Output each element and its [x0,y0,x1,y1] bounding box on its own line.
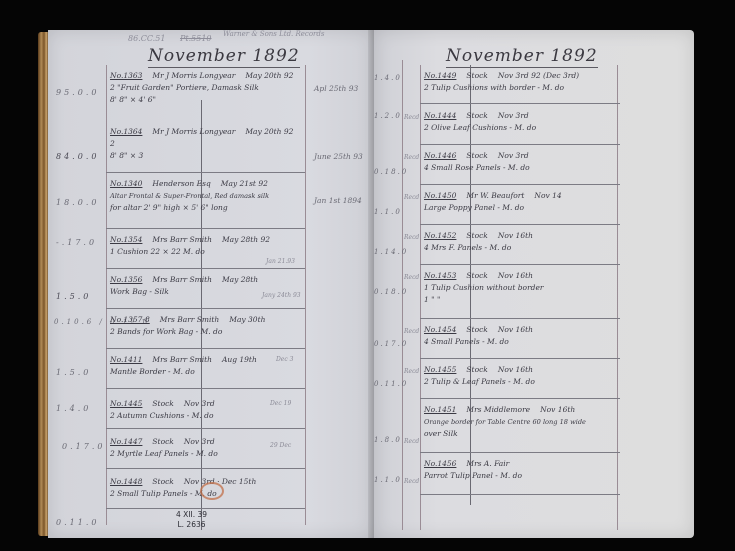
entry-line: Parrot Tulip Panel - M. do [424,471,522,480]
row-divider [420,494,620,495]
entry-line: 2 Olive Leaf Cushions - M. do [424,123,536,132]
row-divider [106,388,305,389]
entry-line: 2 Autumn Cushions - M. do [110,411,213,420]
entry-amount: 1.5.0 [56,292,91,301]
row-divider [106,172,305,173]
catalog-mark-company: Warner & Sons Ltd. Records [223,30,324,38]
entry-client: Mrs Barr Smith [152,355,212,364]
ledger-entry: No.1448StockNov 3rd · Dec 15th 2 Small T… [110,476,256,500]
row-divider [420,358,620,359]
entry-amount: 1.4.0 [56,404,91,413]
entry-ref: No.1445 [110,399,142,408]
ledger-entry: No.1449StockNov 3rd 92 (Dec 3rd) 2 Tulip… [424,70,579,94]
entry-amount: 0.18.0 [374,288,408,296]
entry-line: 4 Small Rose Panels - M. do [424,163,530,172]
entry-ref: No.1451 [424,405,456,414]
entry-line: 1 Tulip Cushion without border [424,283,543,292]
catalog-mark: 86.CC.51 [128,34,165,43]
entry-client: Mrs Barr Smith [160,315,220,324]
entry-amount: -.17.0 [56,238,97,247]
entry-line: 1 " " [424,295,440,304]
entry-ordered: May 30th [229,315,265,324]
entry-amount: 0.17.0 [62,442,105,451]
entry-client: Stock [466,151,487,160]
entry-client: Stock [466,111,487,120]
entry-ordered: May 28th 92 [222,235,270,244]
entry-ordered: Nov 16th [498,365,533,374]
ledger-entry: No.1454StockNov 16th 4 Small Panels - M.… [424,324,533,348]
entry-ref: No.1444 [424,111,456,120]
entry-ordered: May 28th [222,275,258,284]
delivered-date: June 25th 93 [314,152,363,161]
entry-line: for altar 2' 9" high × 5' 6" long [110,203,228,212]
entry-client: Mr W. Beaufort [466,191,524,200]
column-rule [106,65,107,525]
entry-ordered: Nov 16th [498,271,533,280]
ledger-entry: No.1357-8Mrs Barr SmithMay 30th 2 Bands … [110,314,265,338]
ledger-entry: No.1364Mr J Morris LongyearMay 20th 92 2… [110,126,293,162]
entry-ref: No.1446 [424,151,456,160]
row-divider [106,268,305,269]
ledger-entry: No.1450Mr W. BeaufortNov 14 Large Poppy … [424,190,562,214]
entry-client: Mr J Morris Longyear [152,71,235,80]
entry-client: Stock [466,325,487,334]
entry-client: Mrs Barr Smith [152,275,212,284]
ledger-entry: No.1446StockNov 3rd 4 Small Rose Panels … [424,150,530,174]
page-title: November 1892 [446,46,598,68]
right-page: November 1892 1.4.0 No.1449StockNov 3rd … [374,30,694,538]
ledger-entry: No.1447StockNov 3rd 2 Myrtle Leaf Panels… [110,436,218,460]
entry-line: Large Poppy Panel - M. do [424,203,524,212]
ledger-entry: No.1451Mrs MiddlemoreNov 16th Orange bor… [424,404,586,440]
entry-line: 4 Small Panels - M. do [424,337,509,346]
entry-client: Stock [152,477,173,486]
library-stamp [200,482,224,500]
accession-code: L. 2636 [177,520,205,529]
entry-client: Mrs Barr Smith [152,235,212,244]
row-divider [420,398,620,399]
entry-ordered: Nov 3rd [498,111,529,120]
entry-ref: No.1450 [424,191,456,200]
row-divider [106,468,305,469]
entry-client: Stock [466,71,487,80]
received-marker: Recd [404,478,419,485]
ledger-entry: No.1452StockNov 16th 4 Mrs F. Panels - M… [424,230,533,254]
entry-ref: No.1454 [424,325,456,334]
received-marker: Recd [404,114,419,121]
row-divider [106,228,305,229]
entry-ref: No.1453 [424,271,456,280]
entry-note: Jan 21.93 [266,258,295,265]
entry-line: 2 "Fruit Garden" Portiere, Damask Silk [110,83,259,92]
entry-ordered: Aug 19th [222,355,257,364]
column-rule [305,65,306,525]
entry-client: Mr J Morris Longyear [152,127,235,136]
received-marker: Recd [404,194,419,201]
entry-amount: 84.0.0 [56,152,99,161]
entry-line: Altar Frontal & Super-Frontal, Red damas… [110,192,269,200]
entry-amount: 18.0.0 [56,198,99,207]
received-marker: Recd [404,368,419,375]
entry-amount: 1.2.0 [374,112,402,120]
entry-line: 2 Myrtle Leaf Panels - M. do [110,449,218,458]
entry-ordered: Nov 16th [498,231,533,240]
entry-amount: 1.8.0 [374,436,402,444]
column-rule [617,65,618,530]
entry-line: Mantle Border - M. do [110,367,195,376]
row-divider [420,452,620,453]
entry-amount: 0.11.0 [374,380,408,388]
received-marker: Recd [404,154,419,161]
accession-date: 4 XII. 39 [176,510,207,519]
entry-ref: No.1455 [424,365,456,374]
entry-client: Stock [466,271,487,280]
entry-line: 8' 8" × 3 [110,151,143,160]
entry-ref: No.1411 [110,355,142,364]
ledger-entry: No.1363Mr J Morris LongyearMay 20th 92 2… [110,70,293,106]
entry-ordered: Nov 16th [540,405,575,414]
page-title: November 1892 [148,46,300,68]
entry-client: Mrs A. Fair [466,459,509,468]
catalog-mark-struck: Pt.5510 [180,34,212,43]
entry-ref: No.1447 [110,437,142,446]
row-divider [420,264,620,265]
ledger-entry: No.1453StockNov 16th 1 Tulip Cushion wit… [424,270,543,306]
entry-ref: No.1364 [110,127,142,136]
entry-ordered: May 21st 92 [221,179,268,188]
entry-ref: No.1354 [110,235,142,244]
entry-line: 8' 8" × 4' 6" [110,95,156,104]
ledger-book: 86.CC.51 Pt.5510 Warner & Sons Ltd. Reco… [38,30,710,538]
ledger-entry: No.1455StockNov 16th 2 Tulip & Leaf Pane… [424,364,535,388]
entry-ref: No.1363 [110,71,142,80]
received-marker: Recd [404,438,419,445]
entry-amount: 0.18.0 [374,168,408,176]
entry-client: Mrs Middlemore [466,405,530,414]
entry-amount: 1.4.0 [374,74,402,82]
entry-ordered: Nov 16th [498,325,533,334]
entry-ordered: Nov 3rd [184,399,215,408]
entry-line: 2 Bands for Work Bag - M. do [110,327,222,336]
entry-line: 1 Cushion 22 × 22 M. do [110,247,205,256]
row-divider [420,224,620,225]
entry-line: over Silk [424,429,458,438]
entry-amount: 95.0.0 [56,88,99,97]
entry-ref: No.1340 [110,179,142,188]
ledger-entry: No.1444StockNov 3rd 2 Olive Leaf Cushion… [424,110,536,134]
entry-ordered: May 20th 92 [245,71,293,80]
entry-ordered: Nov 3rd [498,151,529,160]
ledger-entry: No.1356Mrs Barr SmithMay 28th Work Bag -… [110,274,258,298]
left-page: 86.CC.51 Pt.5510 Warner & Sons Ltd. Reco… [48,30,374,538]
entry-ordered: May 20th 92 [245,127,293,136]
column-rule [420,65,421,530]
entry-ref: No.1357-8 [110,315,150,324]
ledger-entry: No.1411Mrs Barr SmithAug 19th Mantle Bor… [110,354,257,378]
row-divider [106,428,305,429]
entry-ordered: Nov 14 [534,191,561,200]
entry-line: Work Bag - Silk [110,287,169,296]
entry-amount: 1.5.0 [56,368,91,377]
entry-ordered: Nov 3rd [184,437,215,446]
row-divider [420,103,620,104]
entry-line: 2 Tulip Cushions with border - M. do [424,83,564,92]
row-divider [420,318,620,319]
entry-ref: No.1448 [110,477,142,486]
entry-client: Stock [152,437,173,446]
row-divider [420,144,620,145]
entry-ref: No.1452 [424,231,456,240]
entry-note: Dec 19 [270,400,291,407]
entry-amount: 0.11.0 [56,518,99,527]
entry-amount: 0.17.0 [374,340,408,348]
entry-note: 29 Dec [270,442,291,449]
ledger-entry: No.1445StockNov 3rd 2 Autumn Cushions - … [110,398,215,422]
entry-line: 4 Mrs F. Panels - M. do [424,243,511,252]
entry-ref: No.1449 [424,71,456,80]
delivered-date: Apl 25th 93 [314,84,358,93]
ledger-entry: No.1354Mrs Barr SmithMay 28th 92 1 Cushi… [110,234,270,258]
entry-amount: 1.14.0 [374,248,408,256]
entry-line: 2 Tulip & Leaf Panels - M. do [424,377,535,386]
received-marker: Recd [404,328,419,335]
entry-ordered: Nov 3rd 92 (Dec 3rd) [498,71,579,80]
ledger-entry: No.1340Henderson EsqMay 21st 92 Altar Fr… [110,178,269,214]
entry-client: Stock [466,365,487,374]
row-divider [420,184,620,185]
delivered-date: Jan 1st 1894 [314,196,362,205]
row-divider [106,308,305,309]
received-marker: Recd [404,234,419,241]
entry-client: Stock [152,399,173,408]
accession-number: 4 XII. 39 L. 2636 [176,510,207,530]
entry-note: Dec 3 [276,356,293,363]
row-divider [106,348,305,349]
received-marker: Recd [404,274,419,281]
entry-ref: No.1456 [424,459,456,468]
row-divider [106,508,305,509]
ledger-entry: No.1456Mrs A. Fair Parrot Tulip Panel - … [424,458,522,482]
entry-client: Henderson Esq [152,179,210,188]
entry-client: Stock [466,231,487,240]
entry-amount: 1.1.0 [374,208,402,216]
entry-ref: No.1356 [110,275,142,284]
entry-line: 2 [110,139,115,148]
entry-note: Jany 24th 93 [262,292,301,299]
entry-amount: 1.1.0 [374,476,402,484]
entry-line: Orange border for Table Centre 60 long 1… [424,418,586,426]
